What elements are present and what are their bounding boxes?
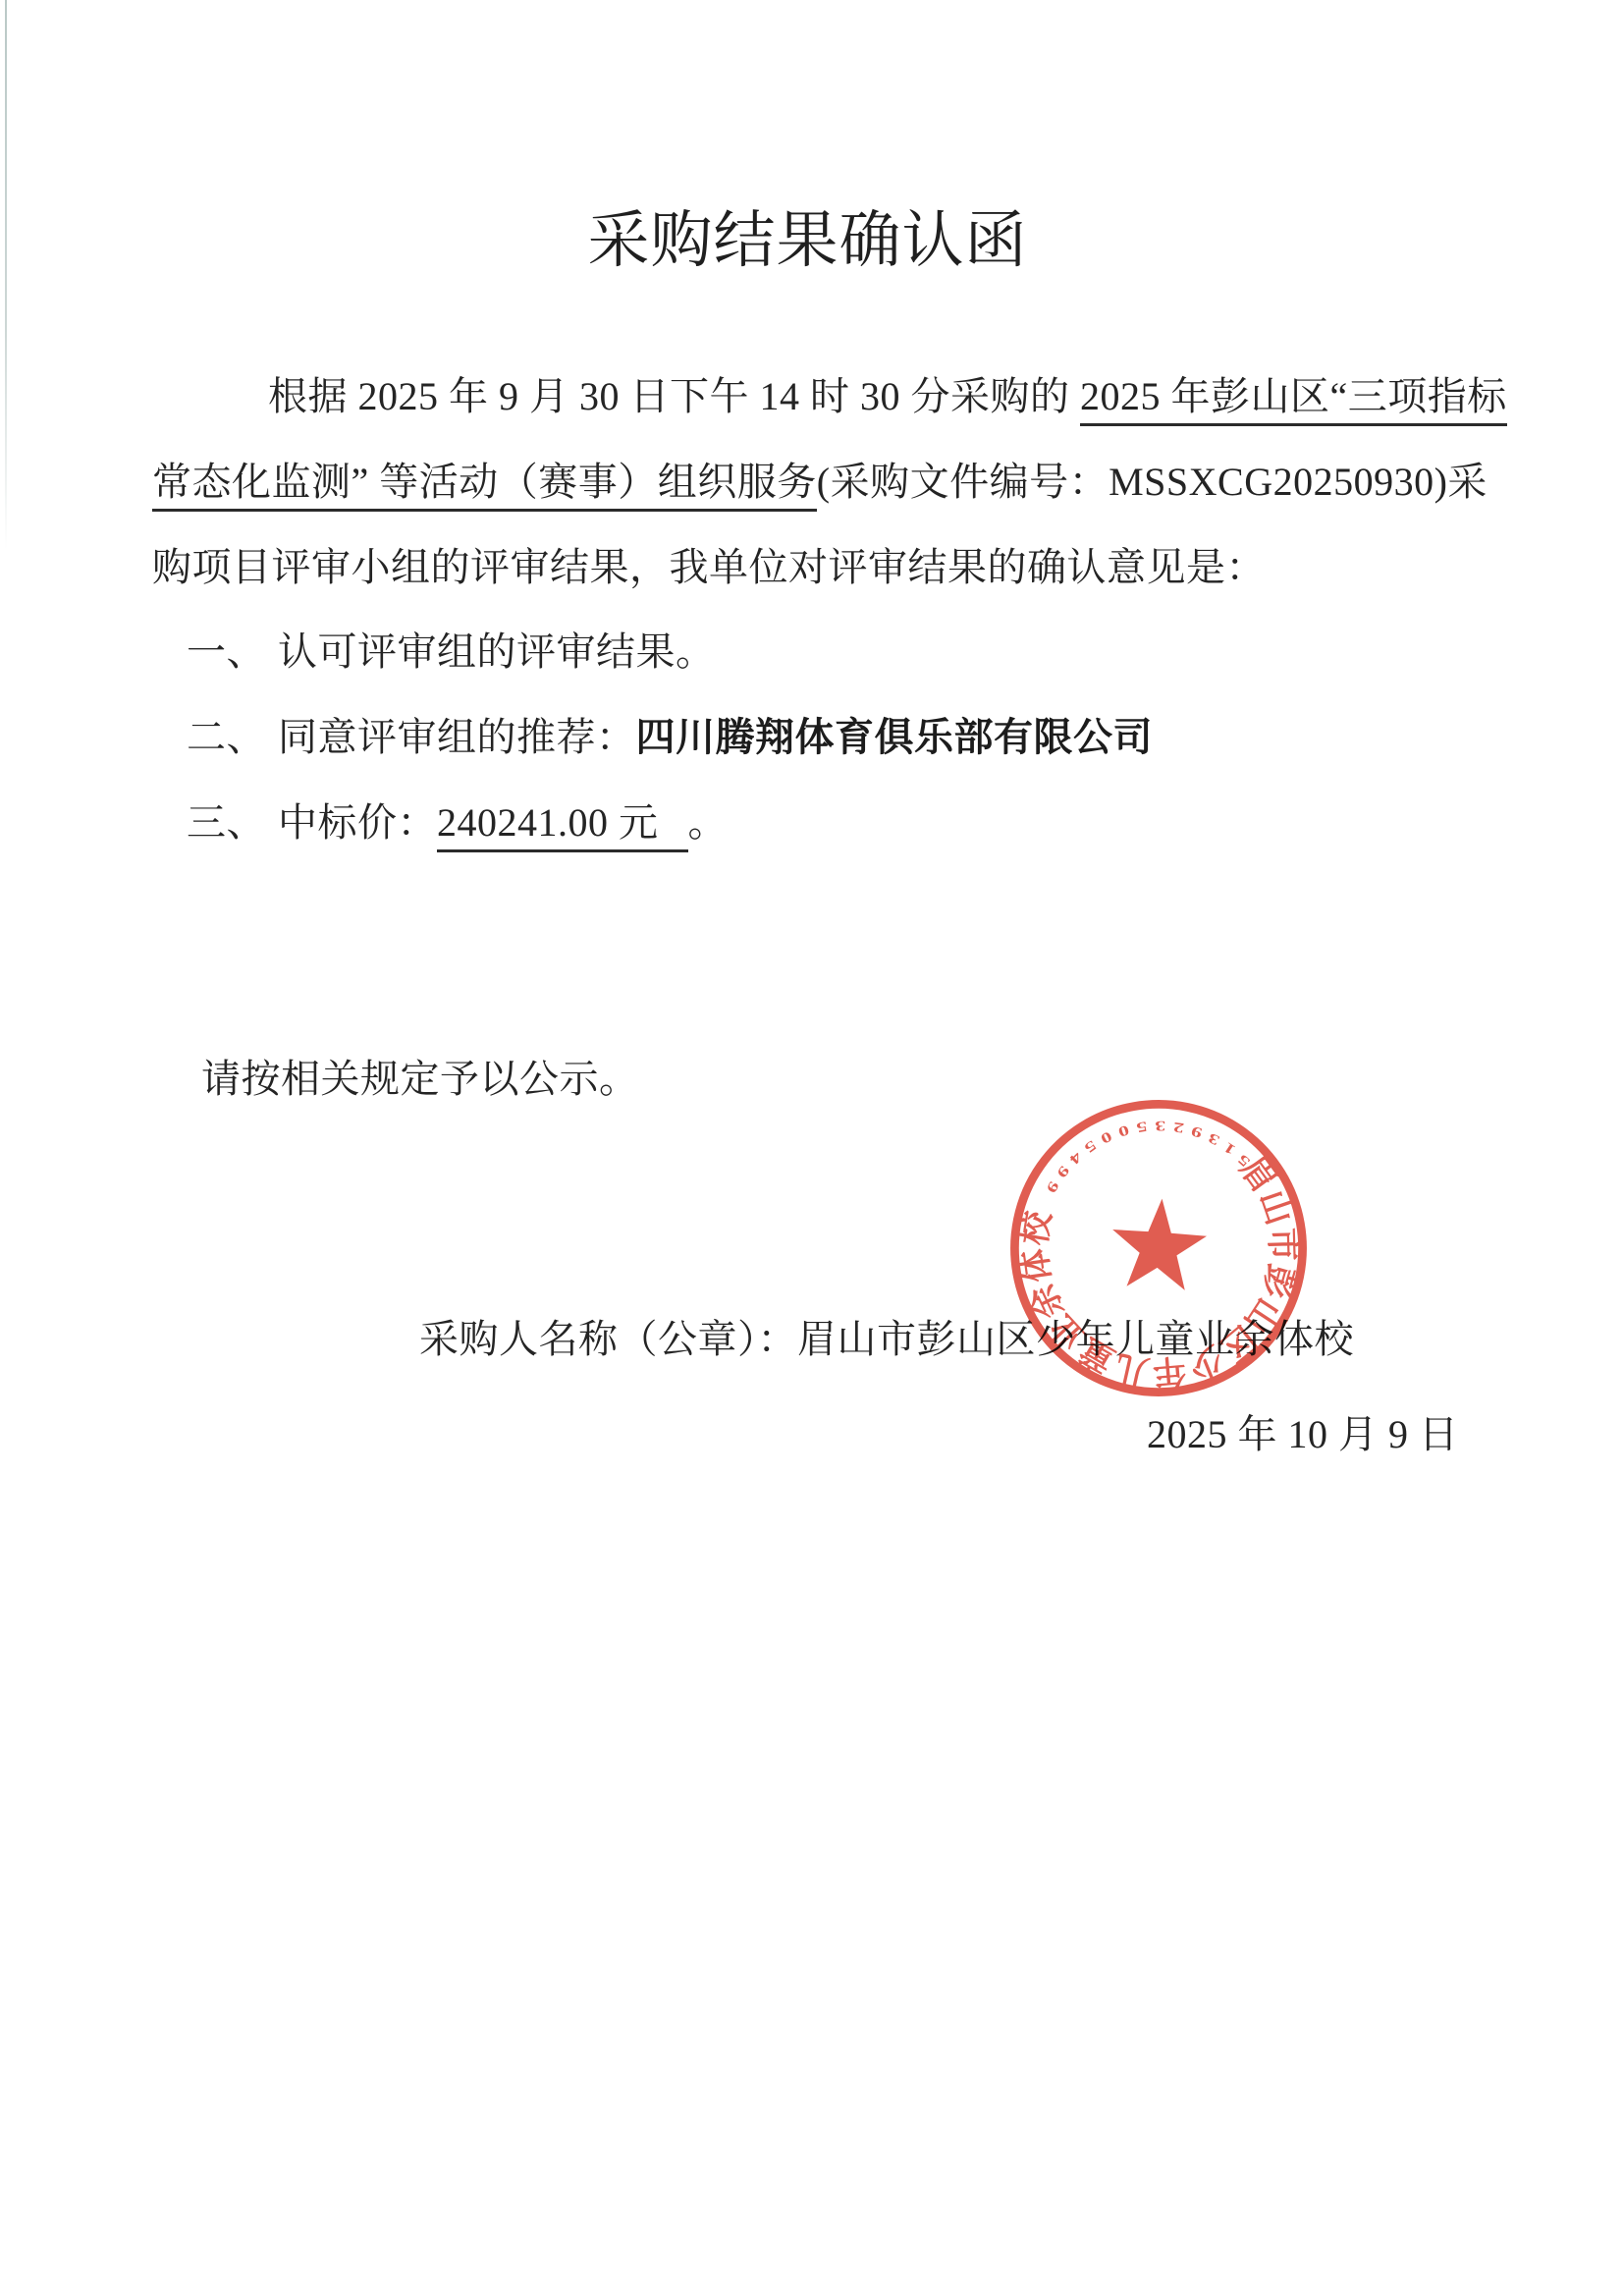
seal-rotated-group: 眉山市彭山区少年儿童业余体校 5139235005499 — [997, 1086, 1321, 1410]
notice-line: 请按相关规定予以公示。 — [201, 1056, 639, 1102]
paragraph-line-1-text: 根据 2025 年 9 月 30 日下午 14 时 30 分采购的 — [268, 374, 1080, 418]
seal-star-icon — [1109, 1195, 1209, 1291]
list-item-2: 二、同意评审组的推荐：四川腾翔体育俱乐部有限公司 — [187, 714, 1153, 760]
winning-bid-price: 240241.00 元 — [437, 800, 688, 852]
winning-company-name: 四川腾翔体育俱乐部有限公司 — [636, 715, 1154, 759]
underlined-project-name-part2: 常态化监测” 等活动（赛事）组织服务 — [152, 460, 817, 512]
paragraph-line-2: 常态化监测” 等活动（赛事）组织服务(采购文件编号：MSSXCG20250930… — [152, 459, 1488, 505]
list-item-3: 三、中标价：240241.00 元。 — [187, 799, 728, 846]
paragraph-line-3-text: 购项目评审小组的评审结果，我单位对评审结果的确认意见是： — [152, 545, 1266, 589]
document-title: 采购结果确认函 — [0, 191, 1615, 280]
list-item-1-text: 认可评审组的评审结果。 — [278, 629, 716, 674]
scanned-document-page: 采购结果确认函 根据 2025 年 9 月 30 日下午 14 时 30 分采购… — [0, 0, 1623, 2296]
list-item-3-number: 三、 — [187, 800, 266, 845]
list-item-1: 一、认可评审组的评审结果。 — [187, 629, 716, 675]
official-red-seal: 眉山市彭山区少年儿童业余体校 5139235005499 — [997, 1086, 1321, 1410]
notice-text: 请按相关规定予以公示。 — [201, 1057, 639, 1101]
purchaser-label: 采购人名称（公章）： — [419, 1317, 797, 1361]
list-item-2-number: 二、 — [187, 715, 266, 759]
document-date: 2025 年 10 月 9 日 — [1147, 1412, 1459, 1456]
paragraph-line-3: 购项目评审小组的评审结果，我单位对评审结果的确认意见是： — [152, 544, 1266, 590]
underlined-project-name-part1: 2025 年彭山区“三项指标 — [1080, 374, 1507, 426]
paragraph-line-2-text: (采购文件编号：MSSXCG20250930)采 — [817, 460, 1488, 504]
list-item-2-text: 同意评审组的推荐： — [278, 715, 636, 759]
list-item-3-text: 中标价： — [278, 800, 437, 845]
list-item-1-number: 一、 — [187, 629, 266, 674]
date-line: 2025 年 10 月 9 日 — [1147, 1411, 1459, 1457]
paragraph-line-1: 根据 2025 年 9 月 30 日下午 14 时 30 分采购的 2025 年… — [268, 373, 1507, 419]
list-item-3-period: 。 — [688, 800, 729, 845]
